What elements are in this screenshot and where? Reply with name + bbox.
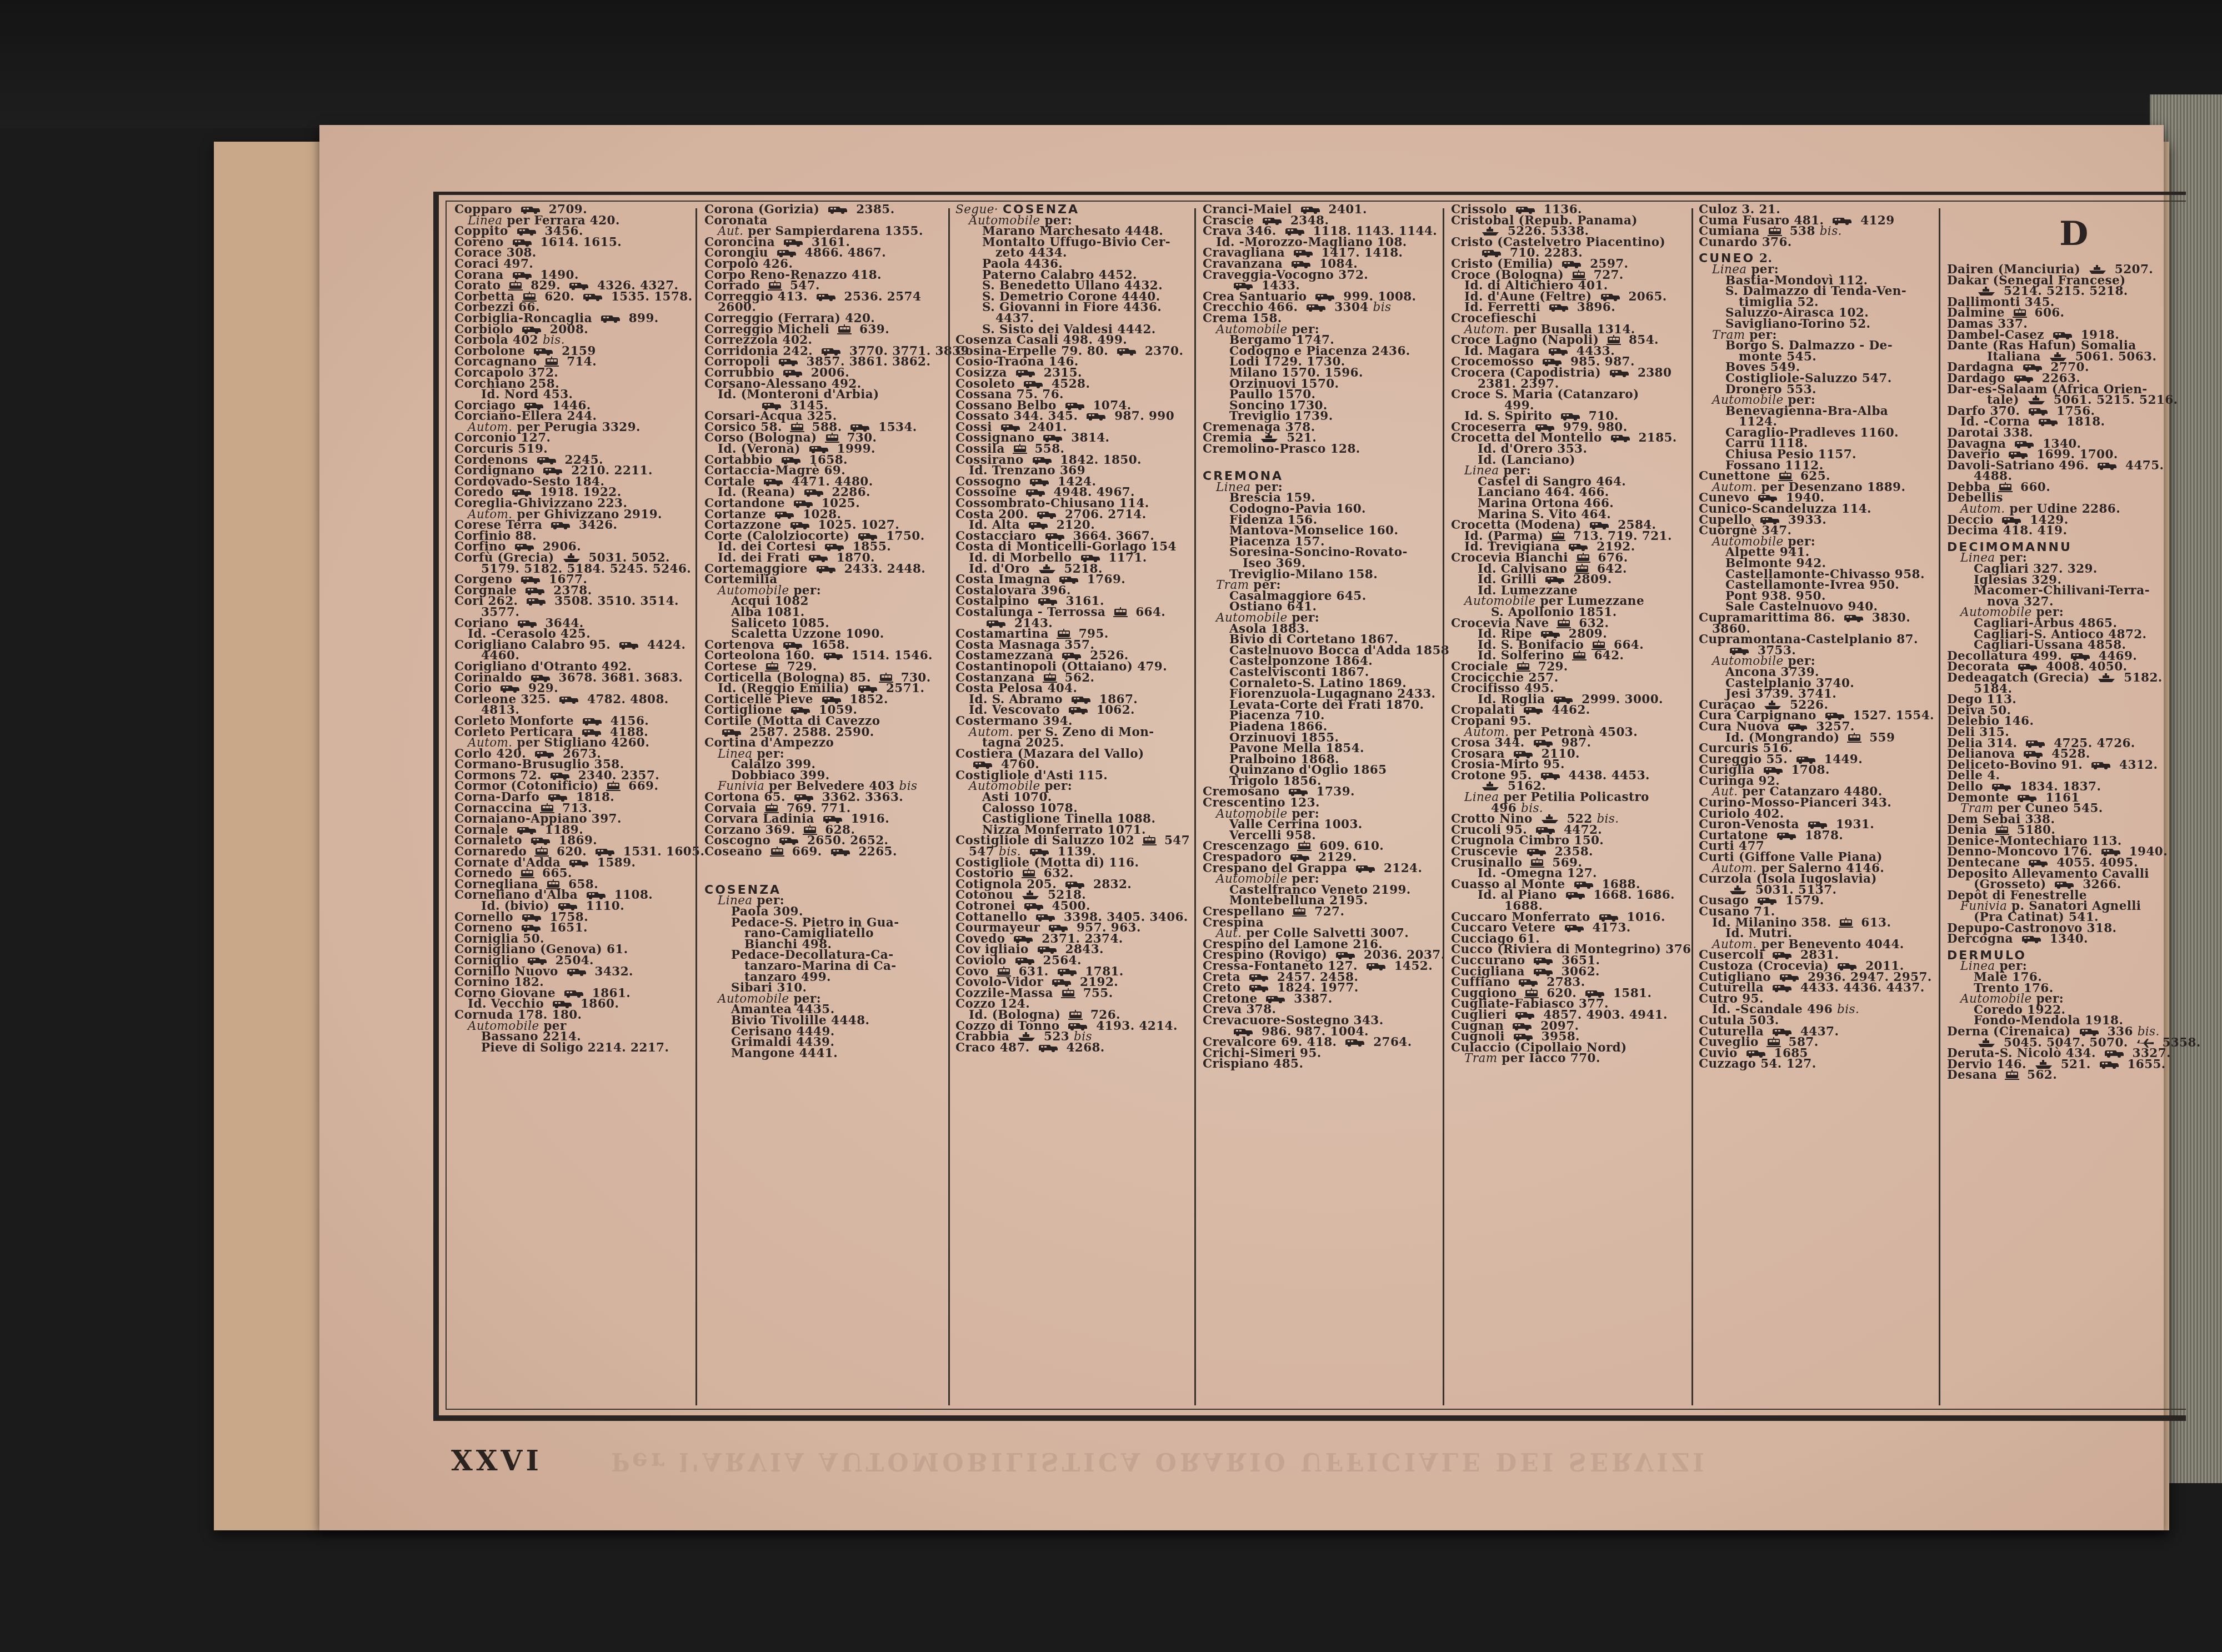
- entry-text: per Iacco 770.: [1497, 1052, 1600, 1065]
- entry-text: 987. 990: [1110, 409, 1174, 423]
- bus-icon: [1589, 521, 1610, 530]
- index-entry: Desana 562.: [1947, 1070, 2201, 1081]
- bus-icon: [2025, 739, 2046, 748]
- bus-icon: [1526, 848, 1547, 857]
- bus-icon: [1771, 1028, 1793, 1037]
- entry-text: 2832.: [1089, 878, 1132, 892]
- index-entry: Linea per Petilia Policastro: [1451, 792, 1691, 803]
- entry-text: 2065.: [1624, 290, 1667, 304]
- ship-icon: [2097, 673, 2116, 683]
- bus-icon: [803, 488, 824, 497]
- bus-icon: [1028, 521, 1049, 530]
- entry-text: 3814.: [1067, 431, 1109, 445]
- bus-icon: [774, 510, 795, 519]
- bus-icon: [581, 728, 602, 737]
- bus-icon: [1037, 945, 1058, 954]
- index-entry: Benevagienna-Bra-Alba: [1699, 406, 1934, 417]
- bus-icon: [2028, 407, 2049, 416]
- entry-text: 4438. 4453.: [1564, 769, 1650, 783]
- entry-text: 1878.: [1800, 829, 1843, 843]
- entry-text: 2124.: [1379, 862, 1422, 875]
- bus-icon: [517, 619, 538, 628]
- bus-icon: [820, 347, 842, 356]
- bus-icon: [1314, 293, 1335, 302]
- entry-text: Dercogna: [1947, 932, 2018, 946]
- entry-text: Pieve di Soligo 2214. 2217.: [481, 1041, 669, 1055]
- index-entry: Cremolino-Prasco 128.: [1203, 444, 1449, 455]
- entry-text: Costiera (Mazara del Vallo): [955, 747, 1144, 761]
- bus-icon: [1284, 227, 1305, 236]
- entry-text: 2433. 2448.: [840, 562, 925, 576]
- bus-icon: [1843, 614, 1864, 623]
- bus-icon: [600, 314, 621, 323]
- bus-icon: [550, 521, 571, 530]
- index-entry: [1203, 455, 1449, 466]
- bus-icon: [520, 206, 541, 214]
- bus-icon: [849, 423, 870, 432]
- bus-icon: [2038, 418, 2059, 427]
- bus-icon: [1518, 978, 1539, 987]
- bus-icon: [830, 848, 851, 857]
- index-column-5: Crissolo 1136.Cristobal (Repub. Panama) …: [1451, 204, 1691, 1064]
- bus-icon: [1824, 712, 1845, 720]
- bus-icon: [2054, 880, 2075, 889]
- bus-icon: [618, 641, 639, 650]
- bus-icon: [1533, 968, 1554, 977]
- bus-icon: [761, 402, 782, 411]
- background-top: [0, 0, 2222, 128]
- bus-icon: [1540, 630, 1561, 639]
- bus-icon: [857, 532, 878, 541]
- bus-icon: [511, 488, 532, 497]
- column-divider: [1443, 208, 1444, 1405]
- bus-icon: [1038, 1044, 1059, 1053]
- bus-icon: [521, 326, 542, 334]
- bus-icon: [512, 238, 533, 247]
- bus-icon: [2090, 761, 2111, 770]
- bus-icon: [582, 717, 603, 726]
- entry-text: 1581.: [1609, 987, 1652, 1000]
- entry-text: 1860.: [576, 997, 619, 1011]
- bus-icon: [1787, 723, 1808, 732]
- bus-icon: [778, 837, 799, 845]
- bus-icon: [1771, 951, 1793, 960]
- bus-icon: [1000, 423, 1021, 432]
- bus-icon: [1029, 478, 1050, 487]
- bus-icon: [1836, 962, 1858, 971]
- entry-text: 562.: [2023, 1068, 2057, 1082]
- entry-text: Dedeagatch (Grecia): [1947, 671, 2094, 685]
- index-entry: Decima 418. 419.: [1947, 525, 2201, 537]
- bus-icon: [1533, 739, 1554, 748]
- bus-icon: [566, 968, 587, 977]
- bus-icon: [563, 989, 584, 998]
- bus-icon: [2001, 516, 2022, 525]
- bus-icon: [1548, 347, 1569, 356]
- index-entry: Crispiano 485.: [1203, 1059, 1449, 1070]
- bus-icon: [778, 358, 799, 367]
- bus-icon: [1763, 766, 1784, 775]
- bus-icon: [520, 575, 541, 584]
- bus-icon: [516, 227, 537, 236]
- bus-icon: [1067, 1022, 1088, 1031]
- bus-icon: [2079, 1028, 2100, 1037]
- entry-text: 664.: [1131, 605, 1165, 619]
- bus-icon: [1057, 968, 1078, 977]
- bus-icon: [1290, 260, 1312, 269]
- bus-icon: [1233, 1028, 1254, 1037]
- index-entry: Tram per Iacco 770.: [1451, 1053, 1691, 1064]
- entry-text: Davoli-Satriano 496.: [1947, 459, 2093, 473]
- bus-icon: [1289, 853, 1310, 862]
- entry-text: Coseano: [704, 845, 767, 859]
- entry-text: 3830.: [1868, 611, 1910, 625]
- bus-icon: [1335, 951, 1356, 960]
- bus-icon: [521, 913, 542, 922]
- bus-icon: [1262, 217, 1283, 226]
- bus-icon: [1513, 750, 1534, 759]
- bus-icon: [1544, 575, 1565, 584]
- bus-icon: [793, 793, 814, 802]
- bus-icon: [793, 499, 814, 508]
- service-type-label: bis.: [1820, 224, 1842, 238]
- bus-icon: [1560, 412, 1581, 421]
- index-entry: Cuzzago 54. 127.: [1699, 1059, 1934, 1070]
- bus-icon: [782, 369, 803, 378]
- bus-icon: [1609, 369, 1630, 378]
- tram-icon: [1061, 988, 1075, 999]
- index-entry: [704, 868, 969, 879]
- bus-icon: [557, 902, 578, 911]
- bus-icon: [1365, 962, 1387, 971]
- bus-icon: [1032, 456, 1053, 465]
- entry-text: 2265.: [854, 845, 897, 859]
- entry-text: 3896.: [1573, 301, 1615, 314]
- index-entry: Crotone 95. 4438. 4453.: [1451, 770, 1691, 782]
- entry-text: 606.: [2030, 306, 2065, 320]
- index-entry: Pieve di Soligo 2214. 2217.: [454, 1043, 704, 1054]
- bus-icon: [1512, 1022, 1533, 1031]
- index-column-7: DDairen (Manciuria) 5207.Dakar (Senegal …: [1947, 204, 2201, 1081]
- bus-icon: [526, 597, 547, 606]
- entry-text: Mangone 4441.: [731, 1047, 838, 1060]
- entry-text: Cunardo 376.: [1699, 236, 1792, 249]
- entry-text: 620.: [540, 290, 579, 304]
- entry-text: 1769.: [1083, 573, 1125, 587]
- bus-icon: [815, 293, 837, 302]
- bus-icon: [1568, 543, 1589, 552]
- bus-icon: [1600, 293, 1621, 302]
- entry-text: 1651.: [545, 921, 588, 935]
- tram-icon: [770, 847, 784, 858]
- bus-icon: [1233, 282, 1254, 291]
- column-divider: [1194, 208, 1196, 1405]
- entry-text: 4475.: [2121, 459, 2164, 473]
- bus-icon: [1759, 516, 1780, 525]
- tram-icon: [1068, 1010, 1083, 1021]
- bus-icon: [1573, 880, 1594, 889]
- bus-icon: [1513, 1033, 1534, 1042]
- entry-text: 4312.: [2115, 758, 2158, 772]
- bus-icon: [821, 695, 842, 704]
- entry-text: 4433. 4436. 4437.: [1796, 981, 1925, 995]
- bus-icon: [1305, 303, 1327, 312]
- tram-icon: [1297, 841, 1312, 852]
- bus-icon: [1070, 695, 1092, 704]
- bus-icon: [2013, 374, 2034, 383]
- index-entry: Costiera (Mazara del Vallo): [955, 749, 1190, 760]
- bus-icon: [1035, 913, 1056, 922]
- ship-icon: [2027, 396, 2046, 406]
- bus-icon: [1729, 647, 1750, 655]
- entry-text: 4129: [1856, 214, 1894, 228]
- index-column-4: Cranci-Maiel 2401.Crascie 2348.Crava 346…: [1203, 204, 1449, 1070]
- entry-text: 4782. 4808.: [583, 693, 668, 707]
- bus-icon: [1776, 832, 1797, 840]
- bus-icon: [1248, 984, 1269, 993]
- entry-text: 3426.: [574, 518, 617, 532]
- entry-text: 547: [1160, 834, 1190, 848]
- entry-text: Cupramontana-Castelplanio 87.: [1699, 633, 1918, 647]
- tram-icon: [2005, 1070, 2019, 1081]
- bleed-through-text: Per l'ARVIA AUTOMOBILISTICA ORARIO UFFIC…: [611, 1447, 2166, 1475]
- entry-text: 669.: [624, 779, 658, 793]
- bus-icon: [1265, 995, 1286, 1004]
- tram-icon: [1572, 650, 1587, 662]
- index-entry: Dercogna 1340.: [1947, 934, 2201, 945]
- entry-text: 4173.: [1588, 921, 1631, 935]
- entry-text: 2536. 2574: [840, 290, 922, 304]
- entry-text: 1668. 1686.: [1589, 888, 1675, 902]
- entry-text: 1171.: [1104, 551, 1147, 565]
- entry-text: 3432.: [590, 965, 633, 979]
- bus-icon: [1293, 249, 1314, 258]
- entry-text: 1708.: [1787, 763, 1830, 777]
- bus-icon: [808, 554, 829, 563]
- bus-icon: [2070, 652, 2091, 661]
- entry-text: 854.: [1624, 333, 1659, 347]
- entry-text: 1514. 1546.: [847, 649, 933, 663]
- bus-icon: [1534, 423, 1555, 432]
- bus-icon: [582, 293, 603, 302]
- bus-icon: [585, 891, 607, 900]
- index-entry: Macomer-Chilivani-Terra-: [1947, 585, 2201, 597]
- entry-text: 3304: [1330, 301, 1373, 314]
- bus-icon: [1565, 891, 1586, 900]
- bus-icon: [1058, 575, 1079, 584]
- bus-icon: [1542, 358, 1563, 367]
- bus-icon: [2014, 440, 2035, 449]
- bus-icon: [824, 543, 845, 552]
- entry-text: 5182.: [2119, 671, 2162, 685]
- bus-icon: [1523, 706, 1544, 715]
- bus-icon: [2017, 663, 2038, 672]
- bus-icon: [1779, 973, 1800, 982]
- bus-icon: [530, 674, 551, 683]
- bus-icon: [1561, 260, 1582, 269]
- bus-icon: [783, 238, 804, 247]
- bus-icon: [1061, 652, 1082, 660]
- entry-text: 1062.: [1092, 703, 1135, 717]
- entry-text: 2380: [1633, 366, 1671, 380]
- bus-icon: [2022, 363, 2043, 372]
- bus-icon: [499, 684, 521, 693]
- bus-icon: [763, 478, 784, 487]
- index-entry: Id. al Piano 1668. 1686.: [1451, 890, 1691, 901]
- bus-icon: [536, 456, 557, 465]
- entry-text: 714.: [562, 355, 597, 369]
- index-column-6: Culoz 3. 21.Cuma Fusaro 481. 4129Cumiana…: [1699, 204, 1934, 1070]
- bus-icon: [1051, 978, 1072, 987]
- bus-icon: [1355, 864, 1376, 873]
- entry-text: 2401.: [1324, 203, 1367, 217]
- entry-text: Corigliano Calabro 95.: [454, 638, 615, 652]
- entry-text: 1655.: [2123, 1058, 2166, 1072]
- entry-text: 4268.: [1062, 1041, 1105, 1055]
- bus-icon: [1540, 772, 1561, 780]
- bus-icon: [1036, 510, 1057, 519]
- entry-text: Cremolino-Prasco 128.: [1203, 442, 1360, 456]
- bus-icon: [1553, 695, 1574, 704]
- bus-icon: [552, 1000, 573, 1009]
- bus-icon: [1288, 788, 1309, 797]
- entry-text: 521.: [2056, 1058, 2095, 1072]
- entry-text: 4193. 4214.: [1092, 1019, 1177, 1033]
- bus-icon: [512, 271, 533, 280]
- entry-text: 2185.: [1634, 431, 1677, 445]
- tram-icon: [1113, 607, 1128, 618]
- entry-text: 642.: [1590, 649, 1624, 663]
- entry-text: 1527. 1554.: [1849, 709, 1934, 723]
- bus-icon: [1025, 488, 1046, 497]
- bus-icon: [2028, 859, 2049, 868]
- bus-icon: [1042, 434, 1063, 443]
- bus-icon: [521, 924, 542, 933]
- bus-icon: [1064, 402, 1085, 411]
- bus-icon: [514, 543, 535, 552]
- entry-text: Croce S. Maria (Catanzaro): [1451, 388, 1639, 402]
- bus-icon: [534, 750, 555, 759]
- entry-text: 559: [1865, 731, 1895, 745]
- index-entry: Craveggia-Vocogno 372.: [1203, 270, 1449, 281]
- entry-text: Craco 487.: [955, 1041, 1034, 1055]
- bus-icon: [789, 521, 810, 530]
- bus-icon: [721, 728, 742, 737]
- bus-icon: [594, 848, 615, 857]
- bus-icon: [1037, 597, 1058, 606]
- index-entry: S. Giovanni in Fiore 4436.: [955, 302, 1190, 313]
- entry-text: 1535. 1578.: [607, 290, 692, 304]
- tram-icon: [837, 324, 852, 336]
- index-column-3: Segue· COSENZAAutomobile per:Marano Marc…: [955, 204, 1190, 1053]
- bus-icon: [547, 793, 568, 802]
- bus-icon: [985, 619, 1007, 628]
- ship-icon: [1540, 814, 1559, 824]
- entry-text: 3678. 3681. 3683.: [554, 671, 683, 685]
- bus-icon: [1807, 820, 1828, 829]
- bus-icon: [1795, 755, 1816, 764]
- bus-icon: [1048, 924, 1069, 933]
- bus-icon: [524, 587, 546, 595]
- bus-icon: [1015, 369, 1036, 378]
- tram-icon: [1576, 553, 1590, 564]
- entry-text: 727.: [1310, 905, 1344, 919]
- bus-icon: [1991, 783, 2012, 792]
- index-entry: Id. (Monteroni d'Arbia): [704, 389, 969, 401]
- bus-icon: [2104, 1049, 2125, 1058]
- bus-icon: [2096, 462, 2118, 470]
- bus-icon: [516, 826, 537, 835]
- entry-text: 4424.: [643, 638, 685, 652]
- bus-icon: [972, 760, 993, 769]
- bus-icon: [1116, 347, 1137, 356]
- bus-icon: [2100, 848, 2121, 857]
- bus-icon: [1831, 217, 1853, 226]
- bus-icon: [558, 695, 579, 704]
- bus-icon: [2052, 331, 2073, 340]
- bus-icon: [1757, 494, 1778, 503]
- entry-text: 755.: [1079, 987, 1113, 1000]
- service-type-label: bis: [1373, 301, 1392, 314]
- ship-icon: [1021, 890, 1040, 900]
- index-entry: Cunardo 376.: [1699, 237, 1934, 248]
- bus-icon: [808, 445, 829, 454]
- entry-text: Cuzzago 54. 127.: [1699, 1057, 1816, 1071]
- entry-text: 3508. 3510. 3514.: [550, 594, 679, 608]
- bus-icon: [1598, 913, 1619, 922]
- bus-icon: [527, 957, 548, 965]
- bus-icon: [549, 772, 570, 780]
- entry-text: 660.: [2016, 480, 2050, 494]
- bus-icon: [1515, 206, 1536, 214]
- bus-icon: [1248, 973, 1269, 982]
- bus-icon: [1023, 380, 1044, 389]
- bus-icon: [2021, 935, 2042, 944]
- bus-icon: [1023, 902, 1044, 911]
- bus-icon: [542, 467, 563, 475]
- entry-text: 899.: [624, 312, 659, 326]
- entry-text: Decima 418. 419.: [1947, 524, 2067, 538]
- bus-icon: [782, 641, 803, 650]
- bus-icon: [823, 652, 844, 660]
- bus-icon: [1756, 897, 1778, 905]
- bus-icon: [1564, 924, 1585, 933]
- entry-text: Crispiano 485.: [1203, 1057, 1303, 1071]
- entry-text: Desana: [1947, 1068, 2001, 1082]
- bus-icon: [1514, 1011, 1535, 1020]
- section-letter-heading: D: [1947, 204, 2201, 264]
- index-entry: Coseano 669. 2265.: [704, 847, 969, 858]
- entry-text: 639.: [855, 323, 889, 337]
- bus-icon: [857, 684, 878, 693]
- entry-text: 1589.: [593, 856, 635, 870]
- service-type-label: bis.: [1837, 1003, 1859, 1017]
- entry-text: per Desenzano 1889.: [1757, 480, 1906, 494]
- entry-text: 4462.: [1547, 703, 1590, 717]
- bus-icon: [1533, 957, 1554, 965]
- bus-icon: [1080, 554, 1101, 563]
- service-type-label: bis.: [2138, 1025, 2160, 1039]
- bus-icon: [1014, 957, 1035, 965]
- bus-icon: [1584, 989, 1605, 998]
- index-column-1: Copparo 2709.Linea per Ferrara 420.Coppi…: [454, 204, 704, 1053]
- column-divider: [1939, 208, 1940, 1405]
- entry-text: 1614. 1615.: [536, 236, 622, 249]
- column-divider: [1691, 208, 1693, 1405]
- bus-icon: [1548, 303, 1569, 312]
- entry-text: 3387.: [1289, 992, 1332, 1006]
- column-divider: [695, 208, 697, 1405]
